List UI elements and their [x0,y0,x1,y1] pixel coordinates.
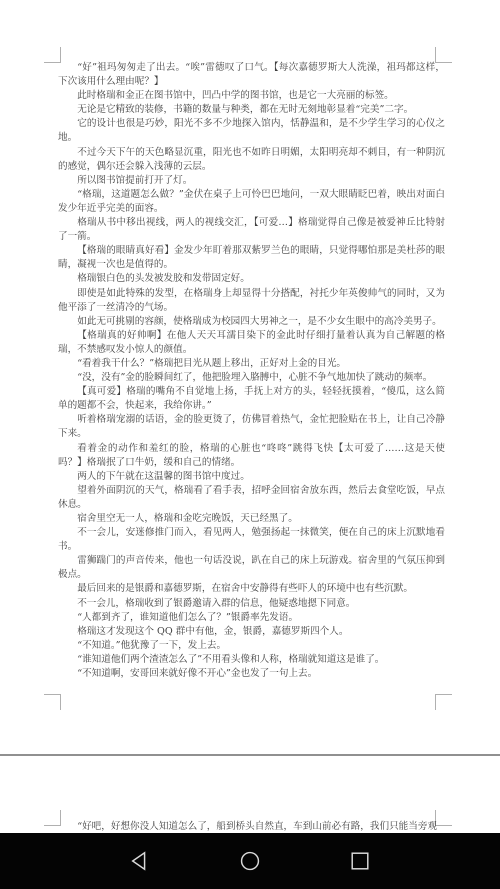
paragraph: 望着外面阴沉的天气，格瑞看了看手表，招呼金回宿舍放东西，然后去食堂吃饭，早点休息… [58,484,445,512]
recents-button[interactable] [348,849,372,873]
phone-screen: “好”祖玛匆匆走了出去。“唉”雷德叹了口气。【每次嘉德罗斯大人洗澡，祖玛都这样，… [0,0,500,889]
page1-text: “好”祖玛匆匆走了出去。“唉”雷德叹了口气。【每次嘉德罗斯大人洗澡，祖玛都这样，… [58,61,445,681]
paragraph: 听着格瑞宠溺的话语，金的脸更烫了，仿佛冒着热气，金忙把脸贴在书上，让自己冷静下来… [58,413,445,441]
android-navigation-bar [0,833,500,889]
paragraph: 格瑞银白色的头发被发胶和发带固定好。 [58,272,445,286]
paragraph: 【格瑞的眼睛真好看】金发少年盯着那双紫罗兰色的眼睛，只觉得哪怕那是美杜莎的眼睛，… [58,244,445,272]
paragraph: 即使是如此特殊的发型，在格瑞身上却显得十分搭配，衬托少年英俊帅气的同时，又为他平… [58,287,445,315]
paragraph: 最后回来的是银爵和嘉德罗斯，在宿舍中安静得有些吓人的环境中也有些沉默。 [58,582,445,596]
paragraph: “谁知道他们两个渣渣怎么了”不用看头像和人称，格瑞就知道这是谁了。 [58,653,445,667]
paragraph: 不一会儿，安迷修推门而入，看见两人，勉强扬起一抹微笑，便在自己的床上沉默地看书。 [58,526,445,554]
page1-bottom-left-crop-mark [44,694,61,710]
home-icon [239,850,261,872]
page-separator [0,754,500,756]
paragraph: “没，没有”金的脸瞬间红了，他把脸埋入胳膊中，心脏不争气地加快了跳动的频率。 [58,371,445,385]
paragraph: 如此无可挑剔的容颜，使格瑞成为校园四大男神之一，是不少女生眼中的高冷美男子。 [58,315,445,329]
back-button[interactable] [128,849,152,873]
back-icon [129,850,151,872]
paragraph: “格瑞，这道题怎么做？”金伏在桌子上可怜巴巴地问，一双大眼睛眨巴着，映出对面白发… [58,188,445,216]
paragraph: “不知道啊，安哥回来就好像不开心”金也发了一句上去。 [58,667,445,681]
paragraph: 所以图书馆提前打开了灯。 [58,174,445,188]
paragraph: 【格瑞真的好帅啊】在他人天天耳濡目染下的金此时仔细打量着认真为自己解题的格瑞，不… [58,329,445,357]
paragraph: 它的设计也很是巧妙，阳光不多不少地探入馆内，恬静温和，是不少学生学习的心仪之地。 [58,117,445,145]
home-button[interactable] [238,849,262,873]
document-viewer[interactable]: “好”祖玛匆匆走了出去。“唉”雷德叹了口气。【每次嘉德罗斯大人洗澡，祖玛都这样，… [0,0,500,833]
recents-icon [349,850,371,872]
paragraph: 【真可爱】格瑞的嘴角不自觉地上扬，手抚上对方的头，轻轻抚摸着，“傻瓜，这么简单的… [58,385,445,413]
paragraph: 不过今天下午的天色略显沉重，阳光也不如昨日明媚，太阳明亮却不刺目，有一种阴沉的感… [58,146,445,174]
paragraph: 无论是它精致的装修，书籍的数量与种类，都在无时无刻地彰显着“完美”二字。 [58,103,445,117]
paragraph: “不知道。”他犹豫了一下，发上去。 [58,639,445,653]
paragraph: “人都到齐了，谁知道他们怎么了？”银爵率先发语。 [58,611,445,625]
paragraph: “看着我干什么？”格瑞把目光从题上移出，正好对上金的目光。 [58,357,445,371]
paragraph: 不一会儿，格瑞收到了银爵邀请入群的信息，他疑惑地摁下同意。 [58,597,445,611]
page1-bottom-right-crop-mark [435,694,452,710]
paragraph: 格瑞从书中移出视线，两人的视线交汇，【可爱…】格瑞觉得自己像是被爱神丘比特射了一… [58,216,445,244]
paragraph: 此时格瑞和金正在图书馆中，凹凸中学的图书馆，也是它一大亮丽的标签。 [58,89,445,103]
paragraph: 格瑞这才发现这个 QQ 群中有他，金，银爵，嘉德罗斯四个人。 [58,625,445,639]
paragraph: 两人的下午就在这温馨的图书馆中度过。 [58,470,445,484]
paragraph: “好”祖玛匆匆走了出去。“唉”雷德叹了口气。【每次嘉德罗斯大人洗澡，祖玛都这样，… [58,61,445,89]
paragraph: “好吧，好想你没人知道怎么了，船到桥头自然直，车到山前必有路，我们只能当旁观 [58,820,445,834]
paragraph: 宿舍里空无一人，格瑞和金吃完晚饭，天已经黑了。 [58,512,445,526]
paragraph: 看着金的动作和羞红的脸，格瑞的心脏也“咚咚”跳得飞快【太可爱了……这是天使吗？】… [58,442,445,470]
paragraph: 雷狮踹门的声音传来，他也一句话没说，趴在自己的床上玩游戏。宿舍里的气氛压抑到极点… [58,554,445,582]
page2-text: “好吧，好想你没人知道怎么了，船到桥头自然直，车到山前必有路，我们只能当旁观 [58,820,445,834]
